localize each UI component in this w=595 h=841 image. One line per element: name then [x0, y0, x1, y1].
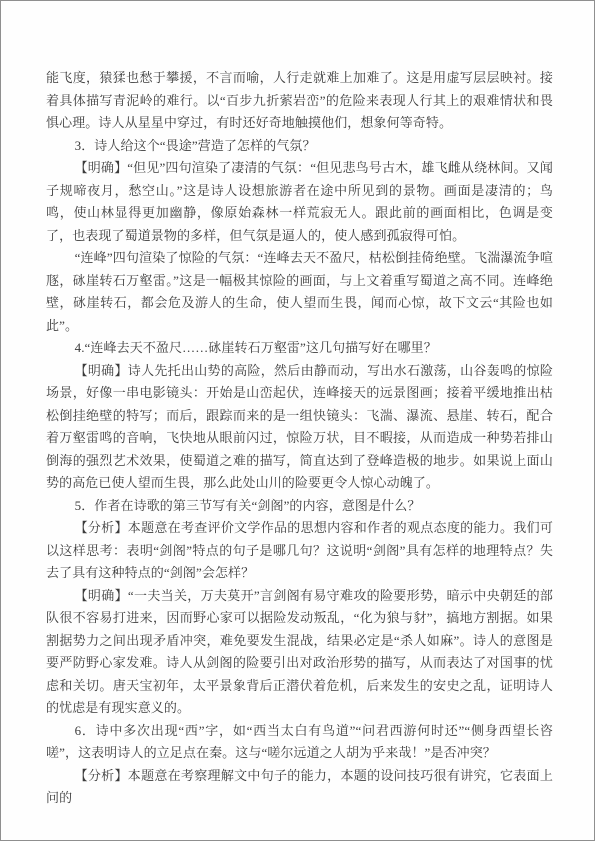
- analysis-5-fenxi: 【分析】本题意在考查评价文学作品的思想内容和作者的观点态度的能力。我们可以这样思…: [46, 517, 553, 585]
- answer-3-continued: “连峰”四句渲染了惊险的气氛：“连峰去天不盈尺，枯松倒挂倚绝壁。飞湍瀑流争喧豗，…: [46, 247, 553, 337]
- text-block: 能飞度，猿猱也愁于攀援，不言而喻，人行走就难上加难了。这是用虚写层层映衬。接着具…: [46, 67, 553, 810]
- question-5: 5．作者在诗歌的第三节写有关“剑阁”的内容，意图是什么？: [46, 495, 553, 518]
- answer-4-mingque: 【明确】诗人先托出山势的高险，然后由静而动，写出水石激荡，山谷轰鸣的惊险场景，好…: [46, 360, 553, 495]
- question-4: 4.“连峰去天不盈尺……砯崖转石万壑雷”这几句描写好在哪里？: [46, 337, 553, 360]
- answer-3-mingque: 【明确】“但见”四句渲染了凄清的气氛：“但见悲鸟号古木，雄飞雌从绕林间。又闻子规…: [46, 157, 553, 247]
- answer-5-mingque: 【明确】“一夫当关，万夫莫开”言剑阁有易守难攻的险要形势，暗示中央朝廷的部队很不…: [46, 585, 553, 720]
- analysis-6-fenxi: 【分析】本题意在考察理解文中句子的能力，本题的设问技巧很有讲究，它表面上问的: [46, 765, 553, 810]
- question-6: 6．诗中多次出现“西”字，如“西当太白有鸟道”“问君西游何时还”“侧身西望长咨嗟…: [46, 720, 553, 765]
- body-continuation-paragraph: 能飞度，猿猱也愁于攀援，不言而喻，人行走就难上加难了。这是用虚写层层映衬。接着具…: [46, 67, 553, 135]
- question-3: 3．诗人给这个“畏途”营造了怎样的气氛？: [46, 135, 553, 158]
- document-page: 能飞度，猿猱也愁于攀援，不言而喻，人行走就难上加难了。这是用虚写层层映衬。接着具…: [0, 0, 595, 841]
